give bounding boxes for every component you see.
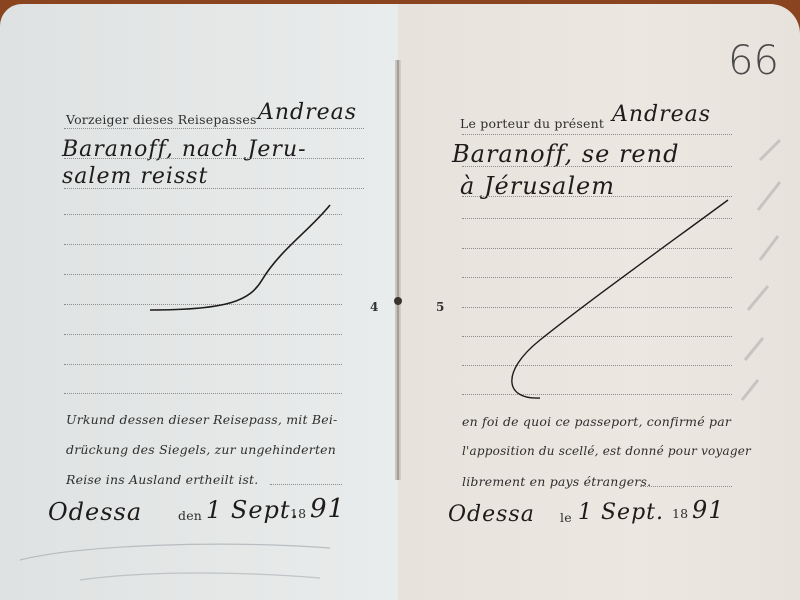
binding-thread (397, 60, 399, 480)
right-form-line (640, 486, 732, 487)
right-le-label: le (560, 510, 572, 525)
left-form-line (64, 364, 342, 365)
right-form-line (462, 365, 732, 366)
left-form-line (64, 334, 342, 335)
left-form-line (64, 274, 342, 275)
left-handwritten-line3: salem reisst (62, 164, 208, 189)
right-form-line (462, 166, 732, 167)
right-intro-label: Le porteur du présent (460, 116, 604, 131)
right-form-line (462, 134, 732, 135)
left-page-number: 4 (370, 300, 378, 314)
left-form-line (64, 214, 342, 215)
right-form-line (462, 248, 732, 249)
left-closing-line1: Urkund dessen dieser Reisepass, mit Bei- (66, 412, 337, 427)
left-form-line (64, 128, 364, 129)
left-form-line (270, 484, 342, 485)
right-closing-line3: librement en pays étrangers. (462, 474, 651, 489)
left-closing-line2: drückung des Siegels, zur ungehinderten (66, 442, 336, 457)
right-form-line (462, 394, 732, 395)
right-closing-line2: l'apposition du scellé, est donné pour v… (462, 444, 751, 458)
right-handwritten-line2: Baranoff, se rend (452, 140, 679, 168)
right-form-line (462, 196, 732, 197)
right-signature-place: Odessa (448, 502, 535, 527)
right-form-line (462, 277, 732, 278)
left-form-line (64, 304, 342, 305)
left-closing-line3: Reise ins Ausland ertheilt ist. (66, 472, 258, 487)
right-handwritten-name: Andreas (612, 102, 711, 127)
left-form-line (64, 158, 364, 159)
left-signature-place: Odessa (48, 498, 142, 526)
left-year-prefix: 18 (290, 506, 306, 521)
right-form-line (462, 307, 732, 308)
left-form-line (64, 393, 342, 394)
right-page-number: 5 (436, 300, 444, 314)
left-den-label: den (178, 508, 202, 523)
left-intro-label: Vorzeiger dieses Reisepasses (66, 112, 257, 127)
left-form-line (64, 244, 342, 245)
right-form-line (462, 336, 732, 337)
right-form-line (462, 218, 732, 219)
right-closing-line1: en foi de quoi ce passeport, confirmé pa… (462, 414, 731, 429)
binding-knot (394, 297, 402, 305)
left-handwritten-name: Andreas (258, 100, 357, 125)
archive-number-annotation: 66 (728, 38, 779, 84)
left-signature-year: 91 (310, 494, 345, 524)
right-signature-year: 91 (692, 496, 725, 524)
left-signature-date: 1 Sept. (206, 496, 299, 524)
right-signature-date: 1 Sept. (578, 500, 664, 525)
left-form-line (64, 188, 364, 189)
right-year-prefix: 18 (672, 506, 688, 521)
